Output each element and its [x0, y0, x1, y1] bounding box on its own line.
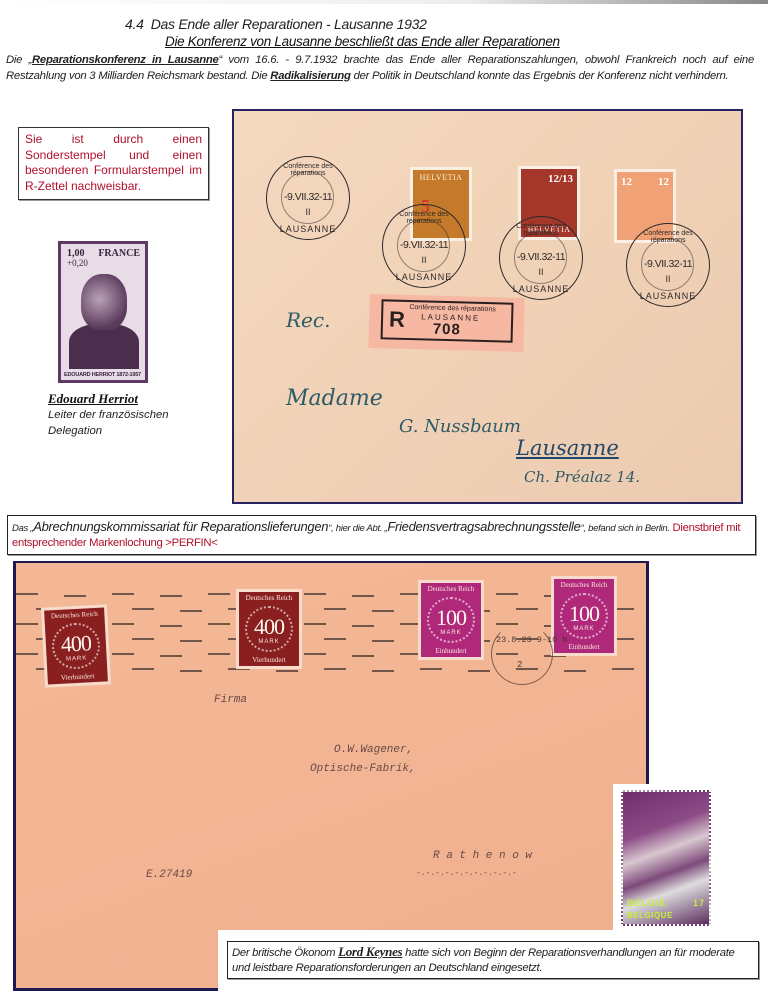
machine-cancel-line: [112, 623, 134, 625]
page-title: 4.4 Das Ende aller Reparationen - Lausan…: [125, 16, 427, 32]
machine-cancel-line: [304, 593, 326, 595]
machine-cancel-line: [16, 653, 38, 655]
portrait-head: [81, 274, 127, 330]
machine-cancel-line: [208, 623, 230, 625]
machine-cancel-line: [16, 593, 38, 595]
address-underline: -.-.-.-.-.-.-.-.-.-.-: [416, 869, 517, 878]
portrait-body: [69, 324, 139, 369]
handwritten-rec: Rec.: [286, 308, 330, 332]
handwritten-line-2: G. Nussbaum: [399, 416, 521, 437]
german-stamp-2: Deutsches Reich 400 MARK Vierhundert: [236, 589, 302, 669]
postmark-note-text: Sie ist durch einen Sonderstempel und ei…: [25, 132, 202, 194]
machine-cancel-line: [372, 670, 394, 672]
herriot-stamp-image: 1,00 FRANCE +0,20 EDOUARD HERRIOT 1872-1…: [58, 241, 148, 383]
machine-cancel-line: [160, 595, 182, 597]
address-company: Optische-Fabrik,: [310, 763, 416, 775]
perfin-note-box: Das „Abrechnungskommissariat für Reparat…: [7, 515, 756, 555]
machine-cancel-line: [352, 655, 374, 657]
machine-cancel-line: [180, 670, 202, 672]
keynes-stamp-image: BELGIE 17 BELGIQUE: [613, 784, 719, 932]
cancel-mark: Conférence des réparations -9.VII.32-11 …: [626, 223, 710, 307]
address-city: R a t h e n o w: [433, 850, 532, 862]
keynes-note-box: Der britische Ökonom Lord Keynes hatte s…: [227, 941, 759, 979]
machine-cancel-line: [324, 668, 346, 670]
machine-cancel-line: [112, 593, 134, 595]
machine-postmark-number: 2: [517, 660, 522, 670]
top-band: [0, 0, 768, 4]
handwritten-line-3: Lausanne: [516, 436, 619, 460]
lausanne-cover: Conférence des réparations -9.VII.32-11 …: [232, 109, 743, 504]
machine-cancel-line: [208, 593, 230, 595]
office-name: Abrechnungskommissariat für Reparationsl…: [33, 519, 328, 534]
machine-cancel-line: [564, 670, 586, 672]
address-firma: Firma: [214, 694, 247, 706]
machine-cancel-line: [64, 595, 86, 597]
machine-cancel-line: [372, 610, 394, 612]
cancel-mark: Conférence des réparations -9.VII.32-11 …: [499, 216, 583, 300]
intro-paragraph: Die „Reparationskonferenz in Lausanne“ v…: [6, 53, 754, 84]
dept-name: Friedensvertragsabrechnungsstelle: [387, 519, 580, 534]
keynes-name: Lord Keynes: [338, 944, 402, 959]
machine-cancel-line: [112, 653, 134, 655]
machine-cancel-line: [180, 610, 202, 612]
german-stamp-1: Deutsches Reich 400 MARK Vierhundert: [41, 604, 111, 687]
machine-cancel-line: [304, 623, 326, 625]
machine-cancel-line: [352, 595, 374, 597]
cancel-mark: Conférence des réparations -9.VII.32-11 …: [266, 156, 350, 240]
machine-cancel-line: [324, 608, 346, 610]
herriot-name: Edouard Herriot: [48, 391, 138, 407]
keyword-radicalization: Radikalisierung: [270, 70, 350, 82]
address-name: O.W.Wagener,: [334, 744, 413, 756]
machine-cancel-line: [16, 623, 38, 625]
machine-cancel-line: [324, 638, 346, 640]
machine-cancel-line: [160, 625, 182, 627]
reference-number: E.27419: [146, 869, 192, 881]
machine-cancel-line: [516, 608, 538, 610]
machine-cancel-line: [420, 668, 442, 670]
machine-cancel-line: [132, 638, 154, 640]
machine-cancel-line: [496, 593, 518, 595]
machine-cancel-line: [132, 608, 154, 610]
machine-cancel-line: [352, 625, 374, 627]
machine-cancel-line: [372, 640, 394, 642]
german-stamp-3: Deutsches Reich 100 MARK Einhundert: [418, 580, 484, 660]
machine-postmark-date: 23.8.23 9-10 N: [496, 635, 567, 645]
page-subtitle: Die Konferenz von Lausanne beschließt da…: [165, 34, 560, 49]
machine-cancel-line: [208, 653, 230, 655]
machine-cancel-line: [612, 668, 634, 670]
machine-cancel-line: [180, 640, 202, 642]
machine-postmark-circle: [491, 623, 553, 685]
machine-cancel-line: [468, 670, 490, 672]
handwritten-line-4: Ch. Préalaz 14.: [524, 468, 640, 486]
machine-cancel-line: [132, 668, 154, 670]
registration-label: R Conférence des réparations LAUSANNE 70…: [368, 294, 524, 352]
section-title: Das Ende aller Reparationen - Lausanne 1…: [151, 16, 427, 32]
postmark-note-box: Sie ist durch einen Sonderstempel und ei…: [18, 127, 209, 200]
handwritten-line-1: Madame: [286, 386, 383, 411]
machine-cancel-line: [304, 653, 326, 655]
section-number: 4.4: [125, 16, 144, 32]
machine-cancel-line: [160, 655, 182, 657]
berlin-cover: Deutsches Reich 400 MARK Vierhundert Deu…: [13, 561, 649, 991]
conference-name: Reparationskonferenz in Lausanne: [32, 54, 219, 66]
cancel-mark: Conférence des réparations -9.VII.32-11 …: [382, 204, 466, 288]
machine-cancel-line: [276, 670, 298, 672]
herriot-role: Leiter der französischen Delegation: [48, 408, 208, 439]
